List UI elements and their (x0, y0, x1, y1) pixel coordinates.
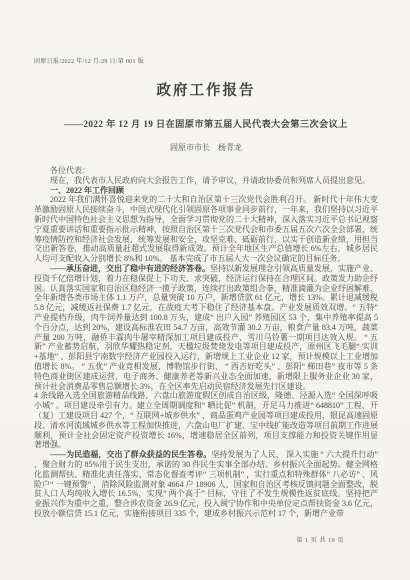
report-body: 各位代表： 现在，我代表市人民政府向大会报告工作，请予审议，并请政协委员和列席人… (34, 166, 378, 519)
paragraph-lead: ——为民造福，交出了群众获益的民生答卷。 (50, 450, 211, 459)
body-paragraph: 各位代表： (34, 166, 378, 176)
section-heading: 一、2022 年工作回顾 (34, 186, 378, 196)
body-paragraph: ——为民造福，交出了群众获益的民生答卷。坚持发展为了人民， 深入实施 “ 六大提… (34, 450, 378, 519)
paragraph-text: 坚持发展为了人民， 深入实施 “ 六大提升行动” ，聚合财力的 85%用于民生支… (34, 450, 378, 518)
report-subtitle: ——2022 年 12 月 19 日在固原市第五届人民代表大会第三次会议上 (34, 116, 378, 130)
body-paragraph: 2022 年我们满怀喜悦迎来党的二十大和自治区第十三次党代会胜利召开。 新时代十… (34, 195, 378, 264)
document-page: 固原日报/2022 年/12 月/29 日/第 001 版 政府工作报告 ——2… (0, 0, 410, 580)
byline: 固原市市长 杨青龙 (34, 142, 378, 153)
paragraph-lead: ——承压奋进，交出了稳中有进的经济答卷。 (50, 264, 210, 273)
paragraph-text: 现在，我代表市人民政府向大会报告工作，请予审议，并请政协委员和列席人员提出意见。 (50, 176, 370, 185)
paragraph-text: 2022 年我们满怀喜悦迎来党的二十大和自治区第十三次党代会胜利召开。 新时代十… (34, 195, 378, 263)
body-paragraph: 4 条线路入选全国旅游精品线路，六盘山旅游度假区创成自治区级，隆德、泾源入选“ … (34, 391, 378, 450)
paragraph-text: 各位代表： (50, 166, 90, 175)
body-paragraph: ——承压奋进，交出了稳中有进的经济答卷。坚持以新发展理念引领高质量发展，实施产业… (34, 264, 378, 391)
paragraph-lead: 一、2022 年工作回顾 (50, 186, 124, 195)
body-paragraph: 现在，我代表市人民政府向大会报告工作，请予审议，并请政协委员和列席人员提出意见。 (34, 176, 378, 186)
paragraph-text: 4 条线路入选全国旅游精品线路，六盘山旅游度假区创成自治区级，隆德、泾源入选“ … (34, 391, 378, 449)
page-number: 第 1 页 共 10 页 (296, 535, 344, 544)
masthead: 固原日报/2022 年/12 月/29 日/第 001 版 (34, 56, 378, 65)
paragraph-text: 坚持以新发展理念引领高质量发展，实施产业、投资千亿倍增计划，着力在稳保促上下功夫… (34, 264, 378, 391)
report-title: 政府工作报告 (34, 79, 378, 100)
